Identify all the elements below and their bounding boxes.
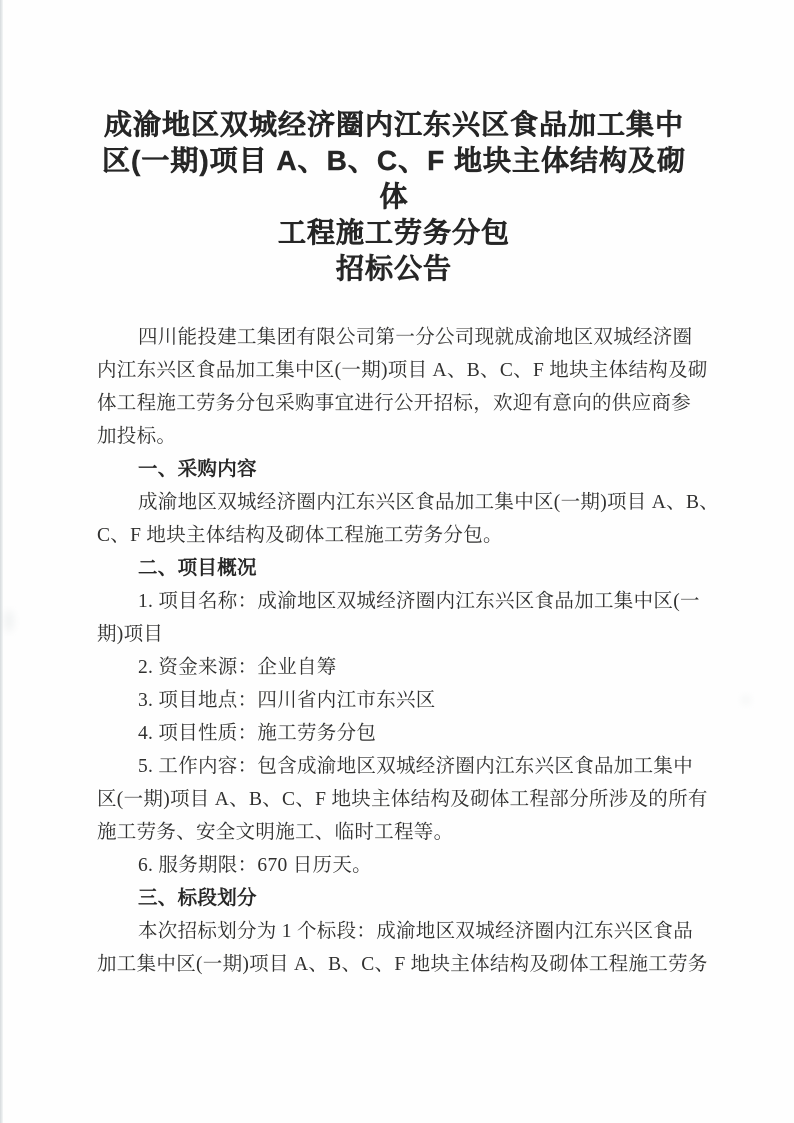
item-service-period: 6. 服务期限：670 日历天。	[97, 849, 691, 882]
intro-line-2: 内江东兴区食品加工集中区(一期)项目 A、B、C、F 地块主体结构及砌	[97, 354, 691, 387]
scan-smudge	[4, 610, 14, 632]
section1-line-2: C、F 地块主体结构及砌体工程施工劳务分包。	[97, 519, 691, 552]
item-project-nature: 4. 项目性质：施工劳务分包	[97, 717, 691, 750]
title-line-3: 工程施工劳务分包	[97, 215, 691, 251]
section2-heading-project-overview: 二、项目概况	[97, 552, 691, 585]
document-body: 四川能投建工集团有限公司第一分公司现就成渝地区双城经济圈 内江东兴区食品加工集中…	[97, 321, 691, 981]
document-title: 成渝地区双城经济圈内江东兴区食品加工集中 区(一期)项目 A、B、C、F 地块主…	[97, 107, 691, 287]
item-project-name-line-2: 期)项目	[97, 618, 691, 651]
intro-line-3: 体工程施工劳务分包采购事宜进行公开招标，欢迎有意向的供应商参	[97, 387, 691, 420]
section1-line-1: 成渝地区双城经济圈内江东兴区食品加工集中区(一期)项目 A、B、	[97, 486, 691, 519]
title-line-2: 区(一期)项目 A、B、C、F 地块主体结构及砌体	[97, 143, 691, 215]
title-line-1: 成渝地区双城经济圈内江东兴区食品加工集中	[97, 107, 691, 143]
section3-heading-lot-division: 三、标段划分	[97, 882, 691, 915]
item-funding-source: 2. 资金来源：企业自筹	[97, 651, 691, 684]
item-project-location: 3. 项目地点：四川省内江市东兴区	[97, 684, 691, 717]
document-page: 成渝地区双城经济圈内江东兴区食品加工集中 区(一期)项目 A、B、C、F 地块主…	[0, 0, 794, 1123]
item-project-name-line-1: 1. 项目名称：成渝地区双城经济圈内江东兴区食品加工集中区(一	[97, 585, 691, 618]
intro-line-4: 加投标。	[97, 420, 691, 453]
title-line-4: 招标公告	[97, 251, 691, 287]
item-work-content-line-2: 区(一期)项目 A、B、C、F 地块主体结构及砌体工程部分所涉及的所有	[97, 783, 691, 816]
item-work-content-line-1: 5. 工作内容：包含成渝地区双城经济圈内江东兴区食品加工集中	[97, 750, 691, 783]
intro-line-1: 四川能投建工集团有限公司第一分公司现就成渝地区双城经济圈	[97, 321, 691, 354]
scan-smudge	[742, 696, 750, 704]
section1-heading-procurement-content: 一、采购内容	[97, 453, 691, 486]
scan-edge-artifact	[0, 0, 3, 1123]
section3-line-2: 加工集中区(一期)项目 A、B、C、F 地块主体结构及砌体工程施工劳务	[97, 948, 691, 981]
document-content: 成渝地区双城经济圈内江东兴区食品加工集中 区(一期)项目 A、B、C、F 地块主…	[97, 107, 691, 981]
section3-line-1: 本次招标划分为 1 个标段：成渝地区双城经济圈内江东兴区食品	[97, 915, 691, 948]
item-work-content-line-3: 施工劳务、安全文明施工、临时工程等。	[97, 816, 691, 849]
